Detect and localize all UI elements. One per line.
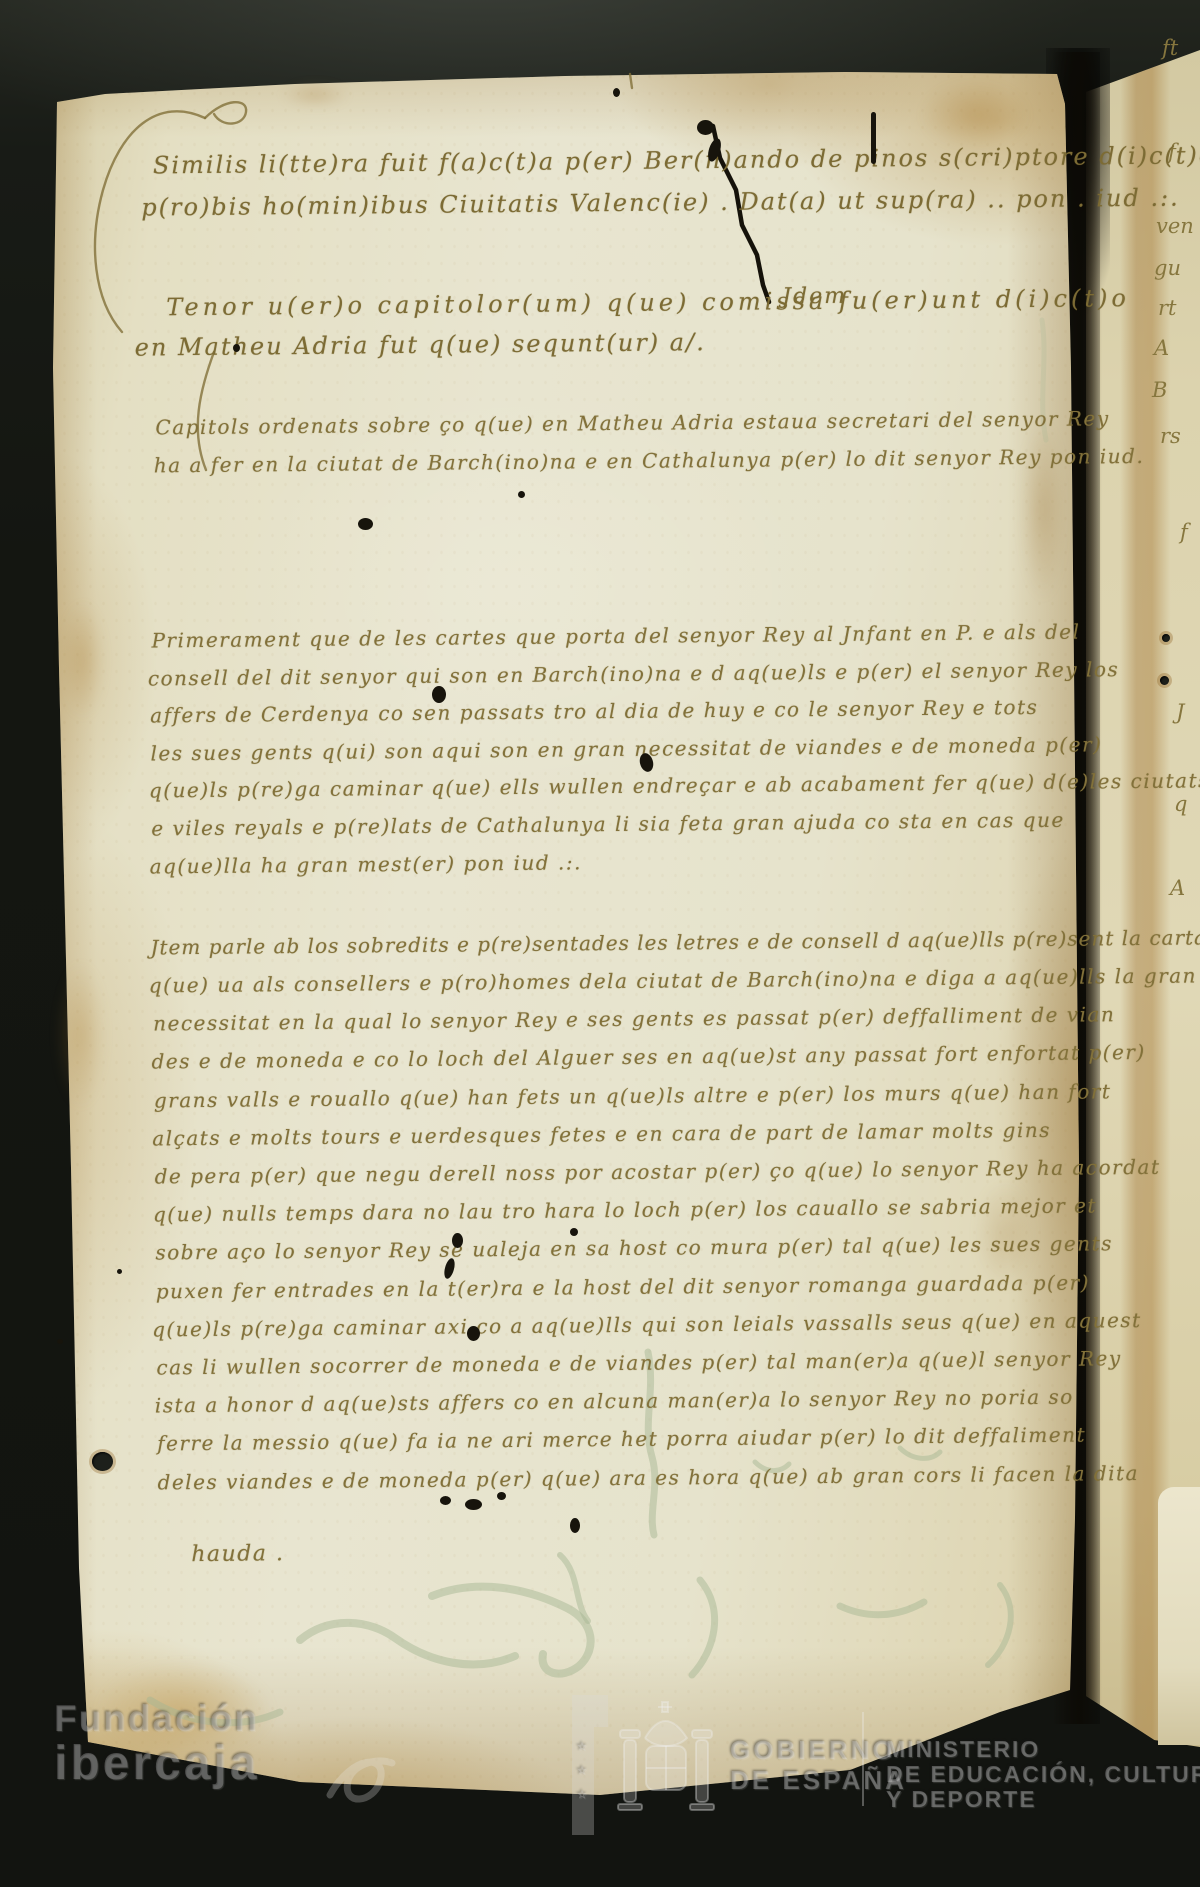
government-watermark-line2: DE ESPAÑA	[730, 1765, 907, 1796]
ministry-watermark-line1: MINISTERIO	[886, 1736, 1040, 1763]
ministry-watermark-line2: DE EDUCACIÓN, CULTURA	[886, 1761, 1200, 1788]
government-watermark-line1: GOBIERNO	[730, 1735, 896, 1766]
watermark-divider	[862, 1712, 864, 1806]
manuscript-photo: ft f ven gu rt A B rs f J q A	[0, 0, 1200, 1887]
ministry-watermark-line3: Y DEPORTE	[886, 1786, 1037, 1813]
spain-coat-of-arms-icon	[0, 0, 1200, 1887]
